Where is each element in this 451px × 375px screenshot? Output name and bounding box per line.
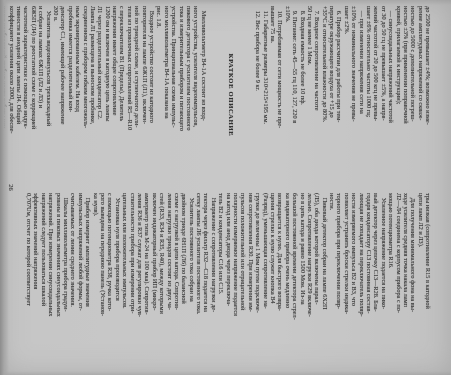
text-line: шает ±2%. (343, 6, 350, 184)
text-line: Милливольтметр В4-1А состоит из вход- (199, 6, 206, 184)
text-line: с помощью потенциометра R38, ручка кото- (106, 193, 113, 375)
text-line: 11. Габаритные размеры 310×215×195 мм. (261, 6, 268, 184)
text-line: ным экранированным кабелем. На вход (74, 6, 81, 184)
text-line: Шкалы милливольтметра прибора градуи- (62, 193, 69, 375)
text-line: — при изменении напряжения сети на (357, 6, 364, 184)
text-line: Усилитель постоянного тока собран на (187, 193, 194, 375)
text-line: Л1 через разделительный конденсатор С2. (96, 6, 103, 184)
text-line: большой постоянной времени детектора стр… (291, 193, 298, 375)
text-line: 10. Потребляемая от сети мощность не пре… (276, 6, 283, 184)
text-line: полярности измеряемое напряжение подаетс… (232, 193, 239, 375)
text-line: теля из проволочных сопротивлений R5—R10 (125, 6, 132, 184)
text-line: 12. Вес прибора не более 9 кг. (254, 6, 261, 184)
text-line: Для получения минимального фона на вы- (409, 193, 416, 375)
text-line: 6. Прибор рассчитан для работы при тем- (335, 6, 342, 184)
left-column-bottom-lines: Милливольтметр В4-1А состоит из вход-ног… (0, 6, 207, 184)
text-line: торного прибора при переключении поляр- (335, 193, 342, 375)
text-line: 7. Входное сопротивление на частоте (313, 6, 320, 184)
text-line: но в цепь катода и равно 1500 Мом. Из-за (298, 193, 305, 375)
text-line: рованы в пиковых значениях синусоидальны… (54, 193, 61, 375)
text-line: ностью до 5000 с дополнительной погреш- (409, 6, 416, 184)
text-line: рого выведена на переднюю панель (Устано… (99, 193, 106, 375)
text-line: ка индикаторного прибора очень медленно (283, 193, 290, 375)
left-text-column: до 2500 не превышает ±4%; возможно изме-… (0, 6, 446, 184)
text-line: пробника имеется разделительный кон- (66, 6, 73, 184)
text-line: мощью потенциометра R16. (387, 193, 394, 375)
text-line: ления нагрузки триодов состоят из двух ч… (165, 193, 172, 375)
text-line: Усиленное напряжение подается на пико- (379, 193, 386, 375)
scan-edge-shadow (0, 0, 9, 375)
text-line: 8. Входная емкость не более 10 пф. (298, 6, 305, 184)
text-line: ного устройства, усилителя видеоимпульсо… (192, 6, 199, 184)
text-line: устройства. Принципиальная схема импульс… (170, 6, 177, 184)
text-line: жений частотой от 20 до 500 кгц не превы… (372, 6, 379, 184)
text-line: ствительности прибора при измерении отри… (128, 193, 135, 375)
text-line: пературе окружающего воздуха от +15 до (328, 6, 335, 184)
text-line: 6Ж5П (Л4) по реостатной схеме с коррекци… (29, 6, 36, 184)
text-line: ления R36 и R37 служат для регулировки ч… (136, 193, 143, 375)
right-text-column: тры низкая (сопротивление R15 в катодной… (0, 193, 446, 375)
text-line: ±10%. (283, 6, 290, 184)
text-line: лельно. Сопротивление нагрузки R29 включ… (306, 193, 313, 375)
text-line: Лампа Л1 размещена в выносном пробнике, (89, 6, 96, 184)
text-line: позволяет устранить броски стрелки индик… (343, 193, 350, 375)
text-line: вышает 75 ва. (269, 6, 276, 184)
text-line: на катод или анод диода через переключа- (224, 193, 231, 375)
text-line: ности измеряемого импульса В2 и В3, что (350, 193, 357, 375)
text-line: напряжения имеет общее сопротивление (111, 6, 118, 184)
text-line: пульсов положительной или отрицательной (239, 193, 246, 375)
left-column-top-lines: до 2500 не превышает ±4%; возможно изме-… (254, 6, 431, 184)
text-line: 1200 ом и включен в катодную цепь лампы (103, 6, 110, 184)
text-line: цепи ламп Л2 и Л3). (416, 193, 423, 375)
text-line: (Разряд), уменьшающая сопротивление на- (261, 193, 268, 375)
text-line: ной по триодной схеме, и ступенчатого де… (133, 6, 140, 184)
text-line: двойном триоде 6Н1П (Л6) по балансной (180, 193, 187, 375)
text-line: ка нуля). (91, 193, 98, 375)
text-line: Прибор измеряет амплитудные значения (84, 193, 91, 375)
section-heading: КРАТКОЕ ОПИСАНИЕ (227, 6, 234, 184)
text-line: (Л5), оба диода которой включены парал- (313, 193, 320, 375)
text-line: и собран на лампах 6Ж1П (Л2 и Л3) и (37, 6, 44, 184)
text-line: 0,707Uм, отсчет по которой соответствует (25, 193, 32, 375)
text-line: 200 в. (52, 6, 59, 184)
text-line: соединенном с прибором гибким многожиль- (81, 6, 88, 184)
text-line: до 2500 не превышает ±4%; возможно изме- (424, 6, 431, 184)
text-line: тектора через фильтр R32—С18 подается на (202, 193, 209, 375)
text-line: частотной характеристики с помощью индук… (22, 6, 29, 184)
text-line: ±10% от номинального значения не превы- (350, 6, 357, 184)
text-line: напряжений следует пользоваться шкалой (39, 193, 46, 375)
text-line: годаря конденсатору С13 постоянная соста… (365, 193, 372, 375)
text-line: рис. 1.8. (155, 6, 162, 184)
scan-edge-bottom (0, 371, 451, 375)
text-line: шает ±6% относительно частоты 1000 гц; (365, 6, 372, 184)
text-line: ного милливольтметра В4-1А показана на (162, 6, 169, 184)
text-line: 50 гц не менее 1 Мом. (306, 6, 313, 184)
text-line: повторителя на лампе 6Ж1П (Л1), включен- (140, 6, 147, 184)
text-line: ходе усилителя средняя точка накала ламп (402, 193, 409, 375)
text-line: денсатор С1, имеющий рабочее напряжение (59, 6, 66, 184)
text-line: схеме с нагрузкой в цепи катода. Сопроти… (173, 193, 180, 375)
text-line: эффективных значений напряжения (32, 193, 39, 375)
text-line: Пиковый детектор собран на лампе 6Х2П (320, 193, 327, 375)
text-line: тель В2 и конденсаторы С16 или С15. (217, 193, 224, 375)
page-text-area: до 2500 не превышает ±4%; возможно изме-… (0, 0, 451, 375)
text-line: +35°С и относительной влажности до 80%. (320, 6, 327, 184)
text-line: импульсных напряжений любой формы, от- (76, 193, 83, 375)
text-line: рение амплитудных напряжений со скваж- (416, 6, 423, 184)
right-column-lines: тры низкая (сопротивление R15 в катодной… (25, 193, 431, 375)
scan-edge-top (0, 0, 451, 5)
text-line: ляющая не попадает на переключатель поля… (357, 193, 364, 375)
text-line: пикового детектора с усилителем постоянн… (185, 6, 192, 184)
text-line: сетку лампы Л6 усилителя постоянного ток… (195, 193, 202, 375)
text-line: включен индикаторный прибор ИП (микро- (150, 193, 157, 375)
document-page: до 2500 не превышает ±4%; возможно изме-… (0, 0, 451, 375)
text-line: амперметр типа М-24 на 100 мка). Сопроти… (143, 193, 150, 375)
text-line: кривой, прилагаемой к инструкции); (394, 6, 401, 184)
text-line: Входное устройство состоит из катодного (148, 6, 155, 184)
text-line: вый детектор через цепочку С13—R28. Бла- (372, 193, 379, 375)
scanned-page-view: до 2500 не превышает ±4%; возможно изме-… (0, 0, 451, 375)
text-line: грузки до величины 1 Мом путем подключе- (254, 193, 261, 375)
text-line: тока и измерительным прибором и питающег… (177, 6, 184, 184)
text-line: Л2—Л4 соединена с корпусом прибора с по- (394, 193, 401, 375)
text-line: Напряжение с сопротивления нагрузки де- (209, 193, 216, 375)
text-line: тры низкая (сопротивление R15 в катодной (424, 193, 431, 375)
text-line: ния сопротивления R30. При измерении им- (246, 193, 253, 375)
text-line: с переключателем В1 (Пределы). Делитель (118, 6, 125, 184)
text-line: цательных или положительных импульсов. (121, 193, 128, 375)
text-line: Установка нуля прибора производится (113, 193, 120, 375)
text-line: щения стрелки к нулю служит кнопка В4 (269, 193, 276, 375)
text-line: напряжений. При измерении синусоидальных (47, 193, 54, 375)
text-line: от 30 до 50 гц не превышает ±5%, а напря… (379, 6, 386, 184)
text-line: — синусоидальных напряжений частотой (387, 6, 394, 184)
text-line: считываемых от линии среднего значения. (69, 193, 76, 375)
text-line: возвращается к нулю. Для быстрого возвра… (276, 193, 283, 375)
text-line: ностью ±3% (при применении поправочной (402, 6, 409, 184)
text-line: 9. Питание: сеть 45—55 гц 110, 127, 220 … (291, 6, 298, 184)
text-line: стей (R33, R34 и R35, R40), между которы… (158, 193, 165, 375)
text-line: Усилитель видеоимпульсов трехкаскадный (44, 6, 51, 184)
text-line: ности. (328, 193, 335, 375)
text-line: тивности в анодной цепи лампы Л4. Общий (15, 6, 22, 184)
